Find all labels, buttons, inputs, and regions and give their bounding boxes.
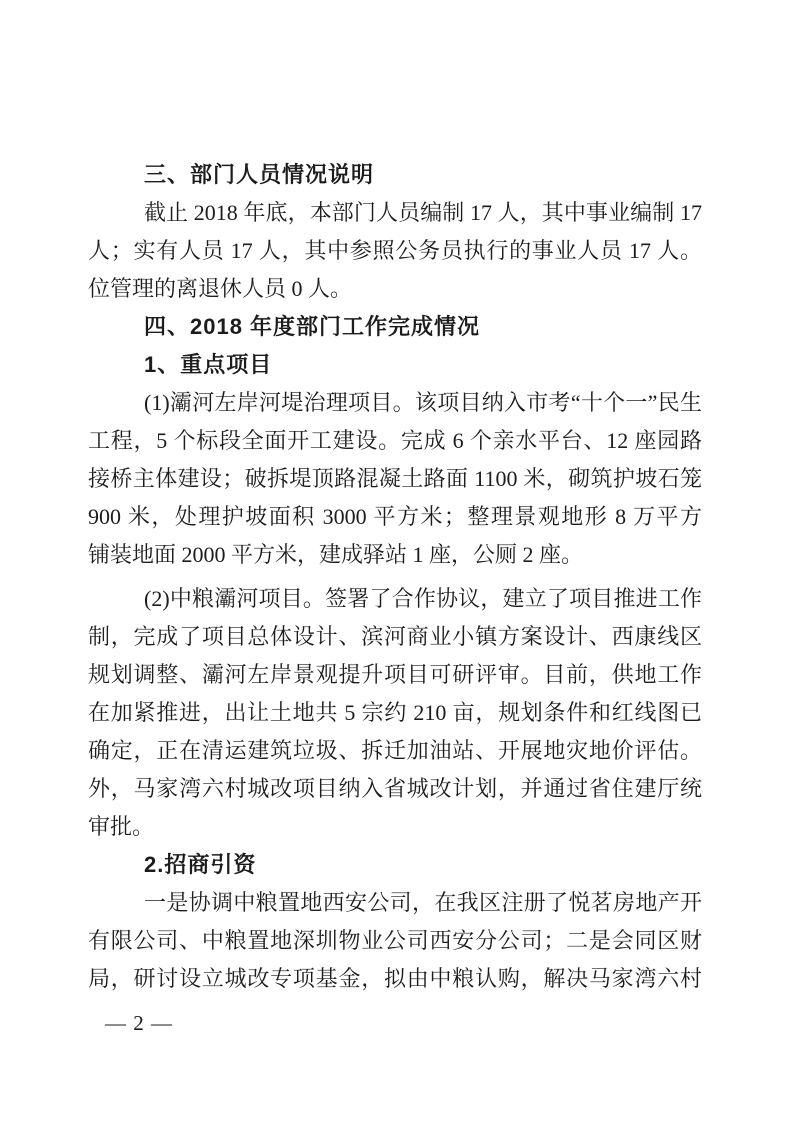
paragraph-line: 确定，正在清运建筑垃圾、拆迁加油站、开展地灾地价评估。另 <box>88 732 702 770</box>
paragraph-line: 局，研讨设立城改专项基金，拟由中粮认购，解决马家湾六村城 <box>88 960 702 998</box>
heading-section-four: 四、2018 年度部门工作完成情况 <box>88 308 702 346</box>
paragraph-line: 900 米，处理护坡面积 3000 平方米；整理景观地形 8 万平方米， <box>88 498 702 536</box>
page-number: — 2 — <box>88 1008 702 1038</box>
paragraph-line: 有限公司、中粮置地深圳物业公司西安分公司；二是会同区财政 <box>88 922 702 960</box>
heading-key-projects: 1、重点项目 <box>88 346 702 384</box>
paragraph-line: 位管理的离退休人员 0 人。 <box>88 270 702 308</box>
paragraph-line: 规划调整、灞河左岸景观提升项目可研评审。目前，供地工作正 <box>88 656 702 694</box>
paragraph-line: 审批。 <box>88 808 702 846</box>
paragraph-line: 制，完成了项目总体设计、滨河商业小镇方案设计、西康线区域 <box>88 618 702 656</box>
heading-investment-promotion: 2.招商引资 <box>88 846 702 884</box>
paragraph-line: 工程，5 个标段全面开工建设。完成 6 个亲水平台、12 座园路连 <box>88 422 702 460</box>
paragraph-line: 接桥主体建设；破拆堤顶路混凝土路面 1100 米，砌筑护坡石笼 <box>88 460 702 498</box>
paragraph-line: 外，马家湾六村城改项目纳入省城改计划，并通过省住建厅统一 <box>88 770 702 808</box>
paragraph-line: 一是协调中粮置地西安公司，在我区注册了悦茗房地产开发 <box>88 884 702 922</box>
paragraph-line: 截止 2018 年底，本部门人员编制 17 人，其中事业编制 17 <box>88 194 702 232</box>
paragraph-line: 人；实有人员 17 人，其中参照公务员执行的事业人员 17 人。单 <box>88 232 702 270</box>
paragraph-line: (2)中粮灞河项目。签署了合作协议，建立了项目推进工作机 <box>88 580 702 618</box>
paragraph-line: (1)灞河左岸河堤治理项目。该项目纳入市考“十个一”民生 <box>88 384 702 422</box>
paragraph-line: 铺装地面 2000 平方米，建成驿站 1 座，公厕 2 座。 <box>88 536 702 574</box>
heading-section-three: 三、部门人员情况说明 <box>88 156 702 194</box>
document-page: 三、部门人员情况说明 截止 2018 年底，本部门人员编制 17 人，其中事业编… <box>0 0 793 1122</box>
document-content: 三、部门人员情况说明 截止 2018 年底，本部门人员编制 17 人，其中事业编… <box>88 156 702 1038</box>
paragraph-line: 在加紧推进，出让土地共 5 宗约 210 亩，规划条件和红线图已经 <box>88 694 702 732</box>
